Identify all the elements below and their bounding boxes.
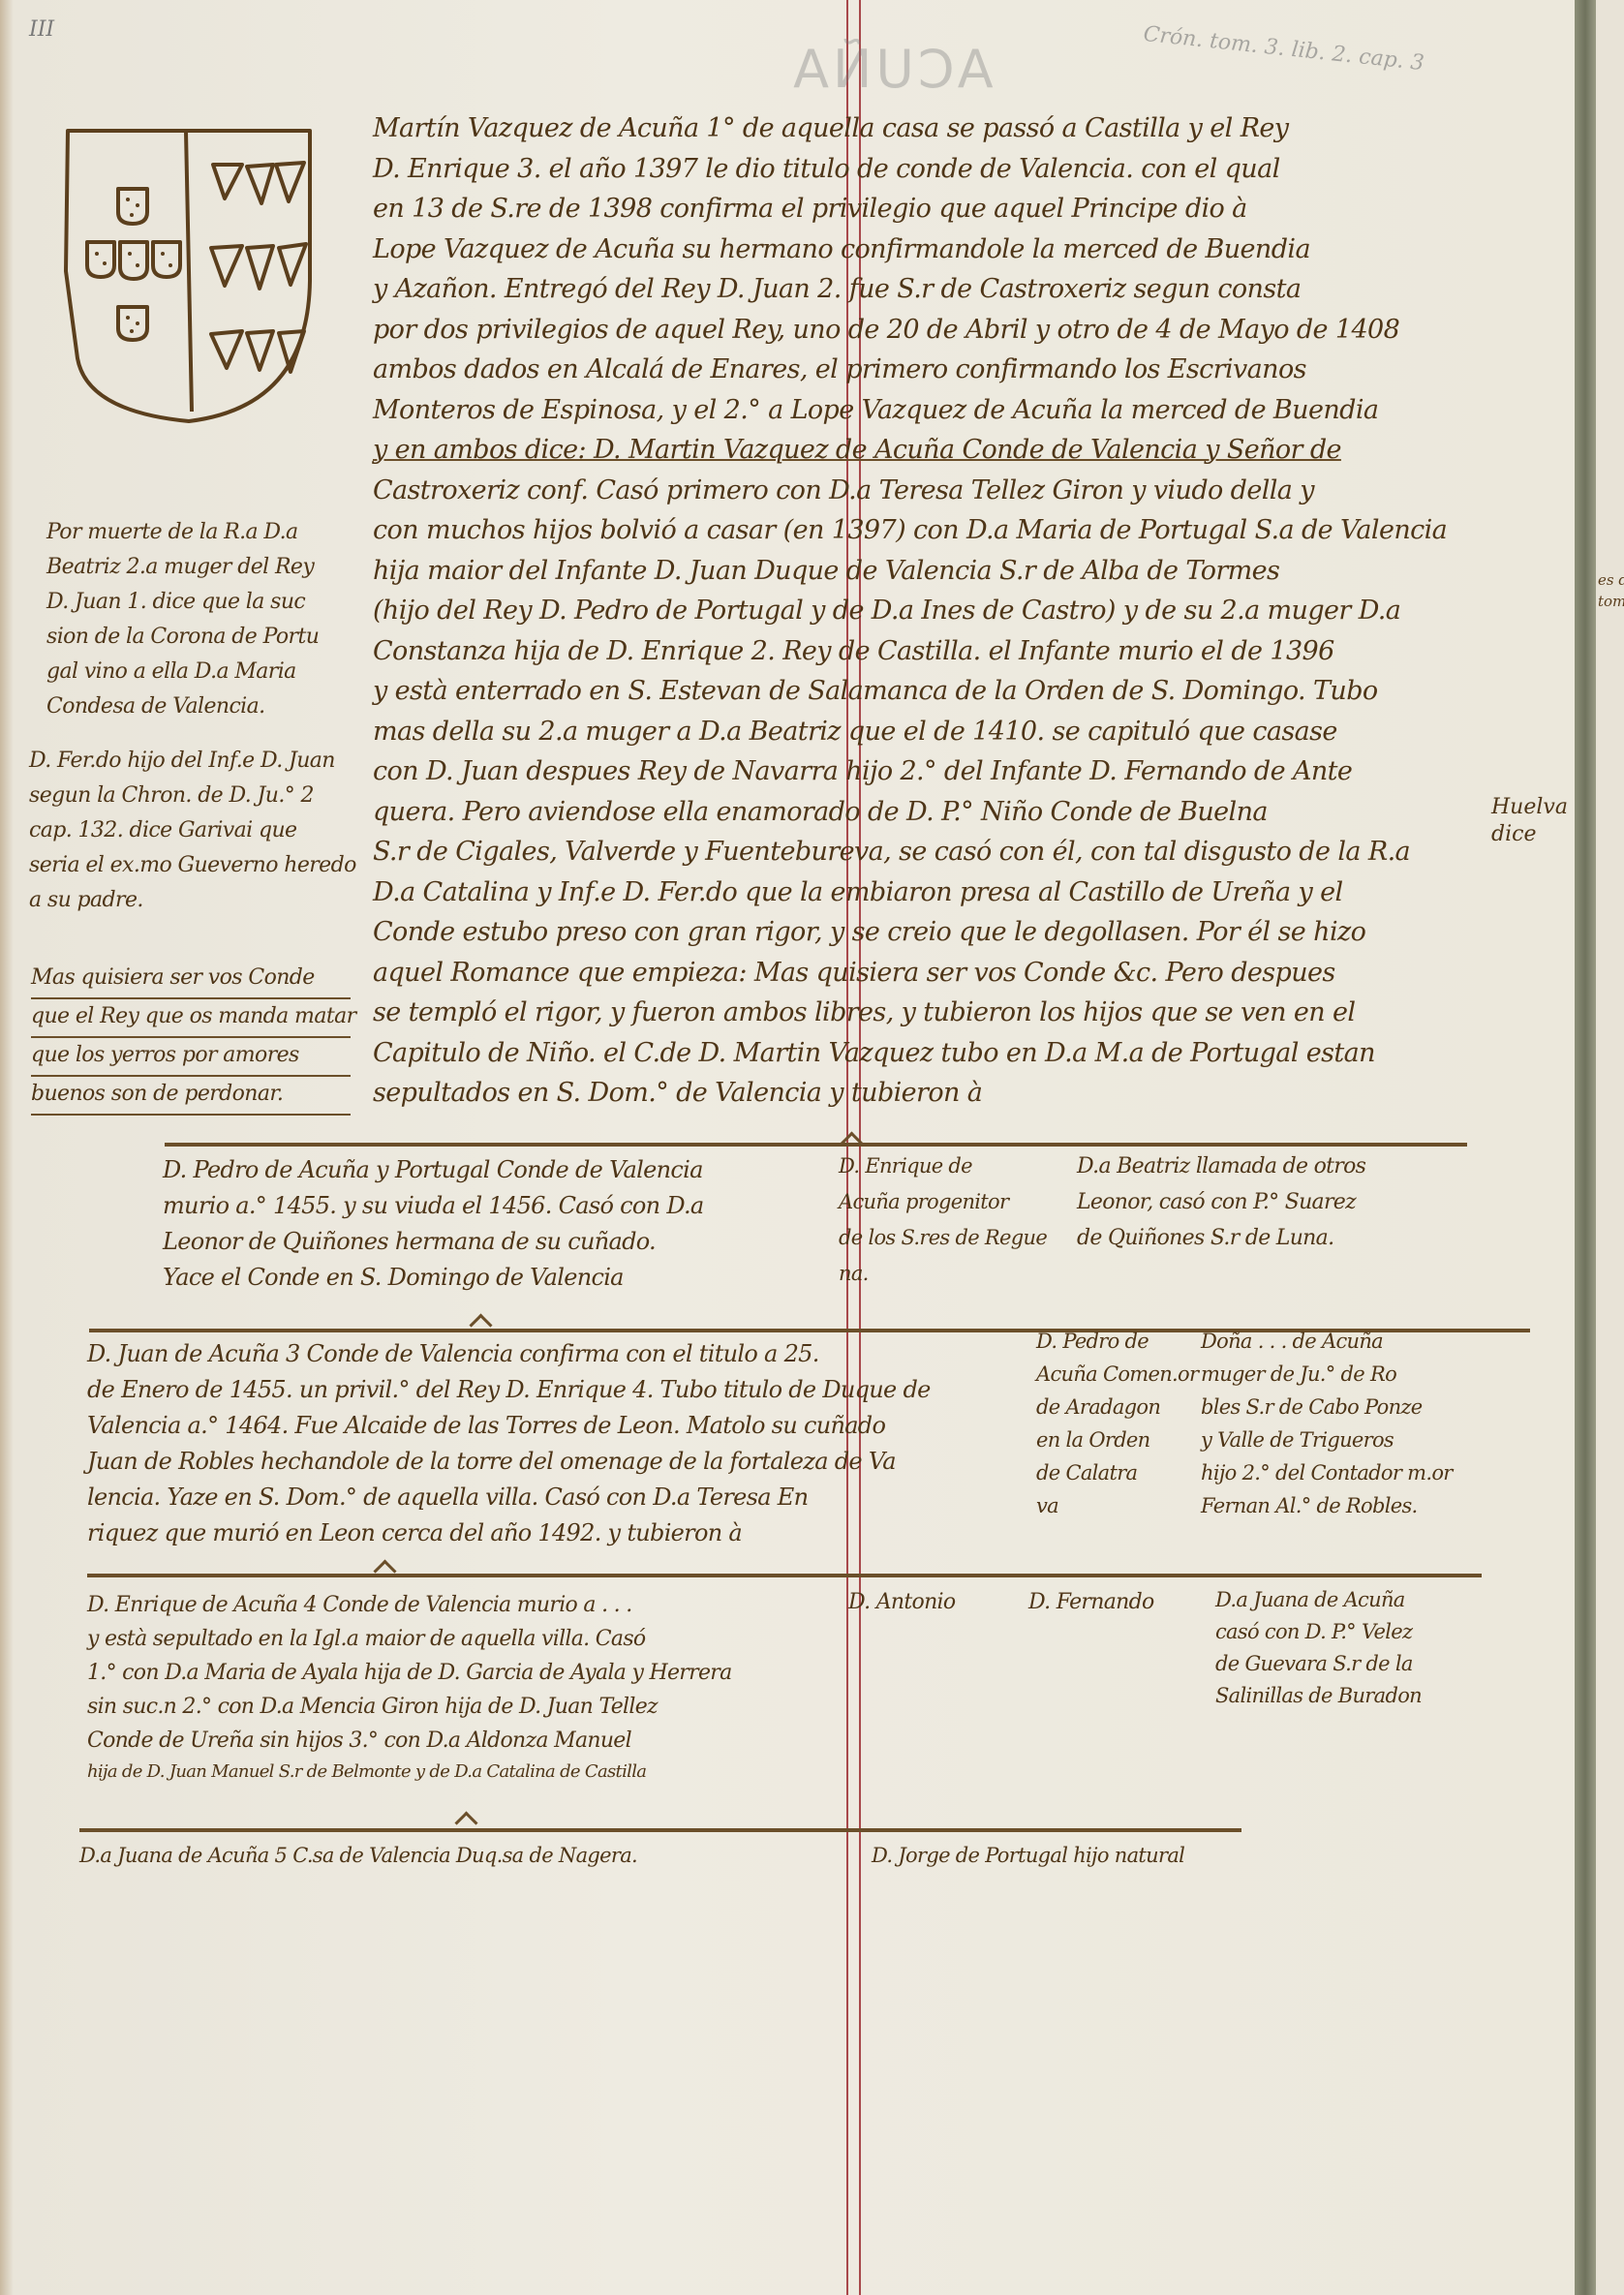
person-fernando: D. Fernando	[1028, 1584, 1154, 1620]
facing-fragment: es de	[1598, 571, 1624, 589]
entry-line: lencia. Yaze en S. Dom.° de aquella vill…	[87, 1480, 931, 1515]
note-line: segun la Chron. de D. Ju.° 2	[29, 779, 356, 813]
right-margin-note: Huelva dice	[1491, 794, 1568, 848]
text-line: sepultados en S. Dom.° de Valencia y tub…	[373, 1073, 1447, 1114]
text-line: (hijo del Rey D. Pedro de Portugal y de …	[373, 591, 1447, 631]
entry-line: Salinillas de Buradon	[1215, 1680, 1422, 1712]
entry-line: Valencia a.° 1464. Fue Alcaide de las To…	[87, 1408, 931, 1444]
genealogy-bracket-gen3	[87, 1574, 1482, 1577]
text-line: Conde estubo preso con gran rigor, y se …	[373, 912, 1447, 953]
facing-fragment: tom.	[1598, 593, 1624, 610]
text-line: hija maior del Infante D. Juan Duque de …	[373, 551, 1447, 592]
entry-line: 1.° con D.a Maria de Ayala hija de D. Ga…	[87, 1656, 732, 1690]
person-juana-condesa-5: D.a Juana de Acuña 5 C.sa de Valencia Du…	[79, 1838, 637, 1874]
entry-line: Leonor, casó con P.° Suarez	[1077, 1184, 1365, 1220]
note-line: D. Fer.do hijo del Inf.e D. Juan	[29, 744, 356, 779]
genealogy-bracket-gen4	[79, 1828, 1241, 1832]
facing-page-edge: es de tom.	[1596, 0, 1624, 2295]
coat-of-arms-icon	[58, 126, 320, 436]
note-line: D. Juan 1. dice que la suc	[46, 585, 319, 620]
entry-line: D. Jorge de Portugal hijo natural	[872, 1838, 1184, 1874]
entry-line: sin suc.n 2.° con D.a Mencia Giron hija …	[87, 1690, 732, 1724]
entry-line: y està sepultado en la Igl.a maior de aq…	[87, 1622, 732, 1656]
entry-line: D. Enrique de Acuña 4 Conde de Valencia …	[87, 1588, 732, 1622]
person-enrique-4-conde: D. Enrique de Acuña 4 Conde de Valencia …	[87, 1588, 732, 1787]
margin-verse-romance: Mas quisiera ser vos Conde que el Rey qu…	[31, 961, 351, 1116]
entry-line: D. Antonio	[848, 1584, 955, 1620]
text-line: D.a Catalina y Inf.e D. Fer.do que la em…	[373, 872, 1447, 913]
entry-line: D.a Juana de Acuña	[1215, 1584, 1422, 1616]
entry-line: riquez que murió en Leon cerca del año 1…	[87, 1515, 931, 1551]
entry-line: D. Enrique de	[839, 1148, 1047, 1184]
note-line: a su padre.	[29, 883, 356, 918]
text-line: quera. Pero aviendose ella enamorado de …	[373, 792, 1447, 833]
entry-line: na.	[839, 1256, 1047, 1292]
main-narrative: Martín Vazquez de Acuña 1° de aquella ca…	[373, 108, 1447, 1114]
text-line: en 13 de S.re de 1398 confirma el privil…	[373, 189, 1447, 229]
person-pedro-de-acuna: D. Pedro de Acuña y Portugal Conde de Va…	[163, 1152, 704, 1296]
entry-line: Fernan Al.° de Robles.	[1201, 1489, 1453, 1522]
verse-line: que los yerros por amores	[31, 1038, 351, 1077]
verse-line: Mas quisiera ser vos Conde	[31, 961, 351, 999]
entry-line: D. Juan de Acuña 3 Conde de Valencia con…	[87, 1336, 931, 1372]
entry-line: en la Orden	[1036, 1423, 1198, 1456]
person-antonio: D. Antonio	[848, 1584, 955, 1620]
book-gutter	[1575, 0, 1596, 2295]
entry-line: y Valle de Trigueros	[1201, 1423, 1453, 1456]
entry-line: Juan de Robles hechandole de la torre de…	[87, 1444, 931, 1480]
text-line: Lope Vazquez de Acuña su hermano confirm…	[373, 229, 1447, 270]
folio-mark: III	[29, 17, 54, 42]
text-line: Martín Vazquez de Acuña 1° de aquella ca…	[373, 108, 1447, 149]
person-enrique-de-acuna: D. Enrique de Acuña progenitor de los S.…	[839, 1148, 1047, 1292]
entry-line: D.a Beatriz llamada de otros	[1077, 1148, 1365, 1184]
note-line: seria el ex.mo Gueverno heredo	[29, 848, 356, 883]
person-jorge-de-portugal: D. Jorge de Portugal hijo natural	[872, 1838, 1184, 1874]
margin-note-fernando: D. Fer.do hijo del Inf.e D. Juan segun l…	[29, 744, 356, 918]
entry-line: D. Pedro de	[1036, 1325, 1198, 1358]
entry-line: muger de Ju.° de Ro	[1201, 1358, 1453, 1391]
person-dona-de-acuna: Doña . . . de Acuña muger de Ju.° de Ro …	[1201, 1325, 1453, 1522]
margin-note-succession: Por muerte de la R.a D.a Beatriz 2.a mug…	[46, 515, 319, 724]
person-beatriz: D.a Beatriz llamada de otros Leonor, cas…	[1077, 1148, 1365, 1256]
text-line: aquel Romance que empieza: Mas quisiera …	[373, 953, 1447, 994]
text-line: se templó el rigor, y fueron ambos libre…	[373, 993, 1447, 1033]
entry-line: hija de D. Juan Manuel S.r de Belmonte y…	[87, 1758, 732, 1787]
text-line: con D. Juan despues Rey de Navarra hijo …	[373, 751, 1447, 792]
bleed-through-stamp: ACUÑA	[789, 39, 994, 100]
entry-line: murio a.° 1455. y su viuda el 1456. Casó…	[163, 1188, 704, 1224]
person-juan-de-acuna: D. Juan de Acuña 3 Conde de Valencia con…	[87, 1336, 931, 1551]
text-line: y Azañon. Entregó del Rey D. Juan 2. fue…	[373, 269, 1447, 310]
entry-line: Acuña Comen.or	[1036, 1358, 1198, 1391]
text-line: Capitulo de Niño. el C.de D. Martin Vazq…	[373, 1033, 1447, 1074]
note-line: Condesa de Valencia.	[46, 689, 319, 724]
entry-line: Acuña progenitor	[839, 1184, 1047, 1220]
note-line: Por muerte de la R.a D.a	[46, 515, 319, 550]
entry-line: casó con D. P.° Velez	[1215, 1616, 1422, 1648]
text-line: ambos dados en Alcalá de Enares, el prim…	[373, 350, 1447, 390]
text-line: D. Enrique 3. el año 1397 le dio titulo …	[373, 149, 1447, 190]
entry-line: Doña . . . de Acuña	[1201, 1325, 1453, 1358]
genealogy-bracket-gen1	[165, 1143, 1467, 1147]
note-line: gal vino a ella D.a Maria	[46, 655, 319, 689]
entry-line: va	[1036, 1489, 1198, 1522]
text-line: S.r de Cigales, Valverde y Fuentebureva,…	[373, 832, 1447, 872]
entry-line: D. Fernando	[1028, 1584, 1154, 1620]
text-line: Castroxeriz conf. Casó primero con D.a T…	[373, 471, 1447, 511]
entry-line: bles S.r de Cabo Ponze	[1201, 1391, 1453, 1423]
note-line: dice	[1491, 821, 1568, 848]
entry-line: Leonor de Quiñones hermana de su cuñado.	[163, 1224, 704, 1260]
entry-line: de Guevara S.r de la	[1215, 1648, 1422, 1680]
entry-line: de Calatra	[1036, 1456, 1198, 1489]
text-line-underlined: y en ambos dice: D. Martin Vazquez de Ac…	[373, 430, 1447, 471]
text-line: Monteros de Espinosa, y el 2.° a Lope Va…	[373, 390, 1447, 431]
text-line: mas della su 2.a muger a D.a Beatriz que…	[373, 712, 1447, 752]
text-line: por dos privilegios de aquel Rey, uno de…	[373, 310, 1447, 351]
entry-line: de Aradagon	[1036, 1391, 1198, 1423]
note-line: Beatriz 2.a muger del Rey	[46, 550, 319, 585]
text-line: Constanza hija de D. Enrique 2. Rey de C…	[373, 631, 1447, 672]
entry-line: de Enero de 1455. un privil.° del Rey D.…	[87, 1372, 931, 1408]
entry-line: D.a Juana de Acuña 5 C.sa de Valencia Du…	[79, 1838, 637, 1874]
entry-line: D. Pedro de Acuña y Portugal Conde de Va…	[163, 1152, 704, 1188]
text-line: con muchos hijos bolvió a casar (en 1397…	[373, 510, 1447, 551]
verse-line: que el Rey que os manda matar	[31, 999, 351, 1038]
entry-line: de Quiñones S.r de Luna.	[1077, 1220, 1365, 1256]
person-pedro-comendador: D. Pedro de Acuña Comen.or de Aradagon e…	[1036, 1325, 1198, 1522]
entry-line: hijo 2.° del Contador m.or	[1201, 1456, 1453, 1489]
person-juana-de-acuna-guevara: D.a Juana de Acuña casó con D. P.° Velez…	[1215, 1584, 1422, 1712]
entry-line: de los S.res de Regue	[839, 1220, 1047, 1256]
note-line: cap. 132. dice Garivai que	[29, 813, 356, 848]
note-line: sion de la Corona de Portu	[46, 620, 319, 655]
note-line: Huelva	[1491, 794, 1568, 821]
entry-line: Conde de Ureña sin hijos 3.° con D.a Ald…	[87, 1724, 732, 1758]
entry-line: Yace el Conde en S. Domingo de Valencia	[163, 1260, 704, 1296]
verse-line: buenos son de perdonar.	[31, 1077, 351, 1116]
text-line: y està enterrado en S. Estevan de Salama…	[373, 671, 1447, 712]
